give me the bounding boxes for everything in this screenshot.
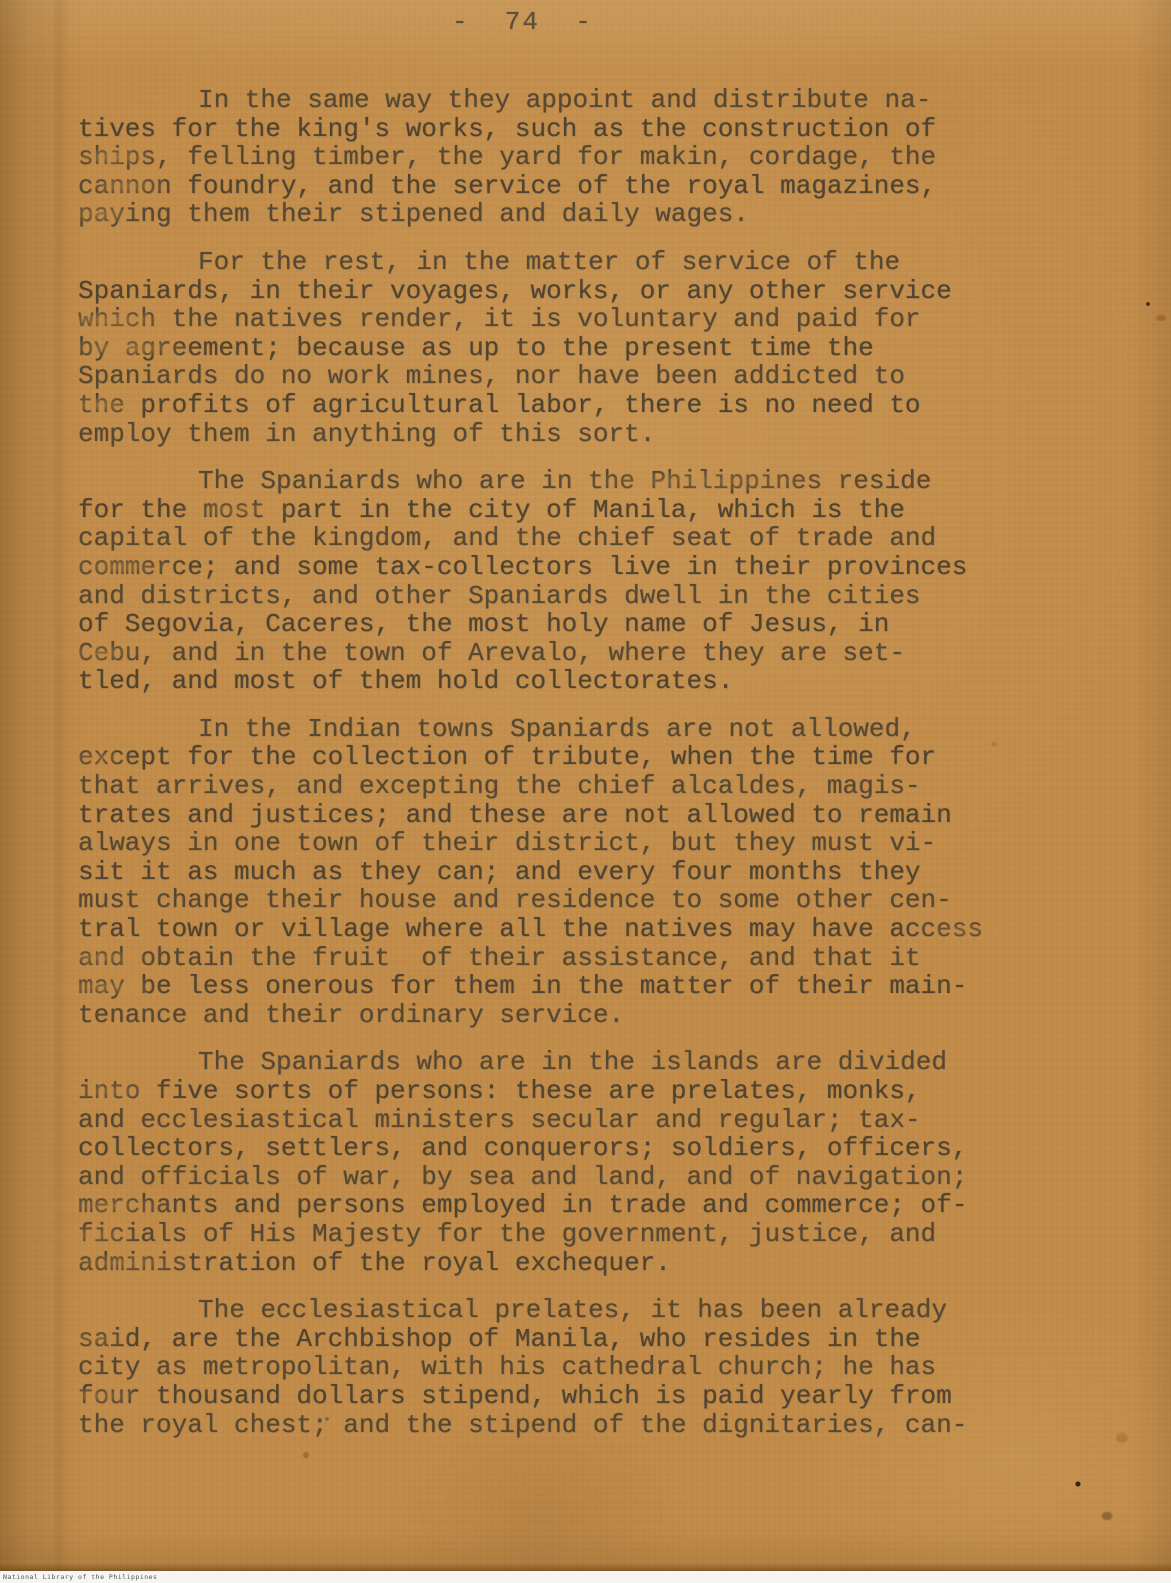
text-line: The Spaniards who are in the islands are… — [78, 1048, 1108, 1077]
text-line: and obtain the fruit of their assistance… — [78, 944, 1108, 973]
text-line: for the most part in the city of Manila,… — [78, 496, 1108, 525]
text-line: the profits of agricultural labor, there… — [78, 391, 1108, 420]
text-line: sit it as much as they can; and every fo… — [78, 858, 1108, 887]
page-number: - 74 - — [452, 8, 593, 36]
paragraph: The Spaniards who are in the islands are… — [78, 1048, 1108, 1277]
text-line: tled, and most of them hold collectorate… — [78, 667, 1108, 696]
text-line: must change their house and residence to… — [78, 886, 1108, 915]
text-line: four thousand dollars stipend, which is … — [78, 1382, 1108, 1411]
text-line: Spaniards, in their voyages, works, or a… — [78, 277, 1108, 306]
page-bottom-edge — [0, 1563, 1171, 1571]
paragraph: For the rest, in the matter of service o… — [78, 248, 1108, 448]
text-line: ficials of His Majesty for the governmen… — [78, 1220, 1108, 1249]
paragraph: The Spaniards who are in the Philippines… — [78, 467, 1108, 696]
text-line: except for the collection of tribute, wh… — [78, 743, 1108, 772]
text-line: merchants and persons employed in trade … — [78, 1191, 1108, 1220]
text-line: The ecclesiastical prelates, it has been… — [78, 1296, 1108, 1325]
paragraph: The ecclesiastical prelates, it has been… — [78, 1296, 1108, 1439]
text-line: commerce; and some tax-collectors live i… — [78, 553, 1108, 582]
text-line: and districts, and other Spaniards dwell… — [78, 582, 1108, 611]
paragraph: In the same way they appoint and distrib… — [78, 86, 1108, 229]
text-line: which the natives render, it is voluntar… — [78, 305, 1108, 334]
text-line: always in one town of their district, bu… — [78, 829, 1108, 858]
text-line: of Segovia, Caceres, the most holy name … — [78, 610, 1108, 639]
text-line: The Spaniards who are in the Philippines… — [78, 467, 1108, 496]
text-line: cannon foundry, and the service of the r… — [78, 172, 1108, 201]
paragraph: In the Indian towns Spaniards are not al… — [78, 715, 1108, 1030]
text-line: Cebu, and in the town of Arevalo, where … — [78, 639, 1108, 668]
scan-footer: National Library of the Philippines — [0, 1571, 1171, 1583]
text-line: administration of the royal exchequer. — [78, 1249, 1108, 1278]
text-line: capital of the kingdom, and the chief se… — [78, 524, 1108, 553]
text-line: ships, felling timber, the yard for maki… — [78, 143, 1108, 172]
footer-label: National Library of the Philippines — [0, 1571, 157, 1583]
text-line: In the same way they appoint and distrib… — [78, 86, 1108, 115]
text-line: tenance and their ordinary service. — [78, 1001, 1108, 1030]
text-line: by agreement; because as up to the prese… — [78, 334, 1108, 363]
scanned-page: - 74 - In the same way they appoint and … — [0, 0, 1171, 1583]
text-line: In the Indian towns Spaniards are not al… — [78, 715, 1108, 744]
text-line: that arrives, and excepting the chief al… — [78, 772, 1108, 801]
text-line: said, are the Archbishop of Manila, who … — [78, 1325, 1108, 1354]
text-line: the royal chest; and the stipend of the … — [78, 1411, 1108, 1440]
text-line: tral town or village where all the nativ… — [78, 915, 1108, 944]
text-line: trates and justices; and these are not a… — [78, 801, 1108, 830]
text-line: and ecclesiastical ministers secular and… — [78, 1106, 1108, 1135]
text-line: paying them their stipened and daily wag… — [78, 200, 1108, 229]
text-line: into five sorts of persons: these are pr… — [78, 1077, 1108, 1106]
text-line: employ them in anything of this sort. — [78, 420, 1108, 449]
document-body: In the same way they appoint and distrib… — [78, 86, 1108, 1458]
text-line: city as metropolitan, with his cathedral… — [78, 1353, 1108, 1382]
text-line: For the rest, in the matter of service o… — [78, 248, 1108, 277]
text-line: and officials of war, by sea and land, a… — [78, 1163, 1108, 1192]
text-line: tives for the king's works, such as the … — [78, 115, 1108, 144]
text-line: Spaniards do no work mines, nor have bee… — [78, 362, 1108, 391]
text-line: may be less onerous for them in the matt… — [78, 972, 1108, 1001]
text-line: collectors, settlers, and conquerors; so… — [78, 1134, 1108, 1163]
